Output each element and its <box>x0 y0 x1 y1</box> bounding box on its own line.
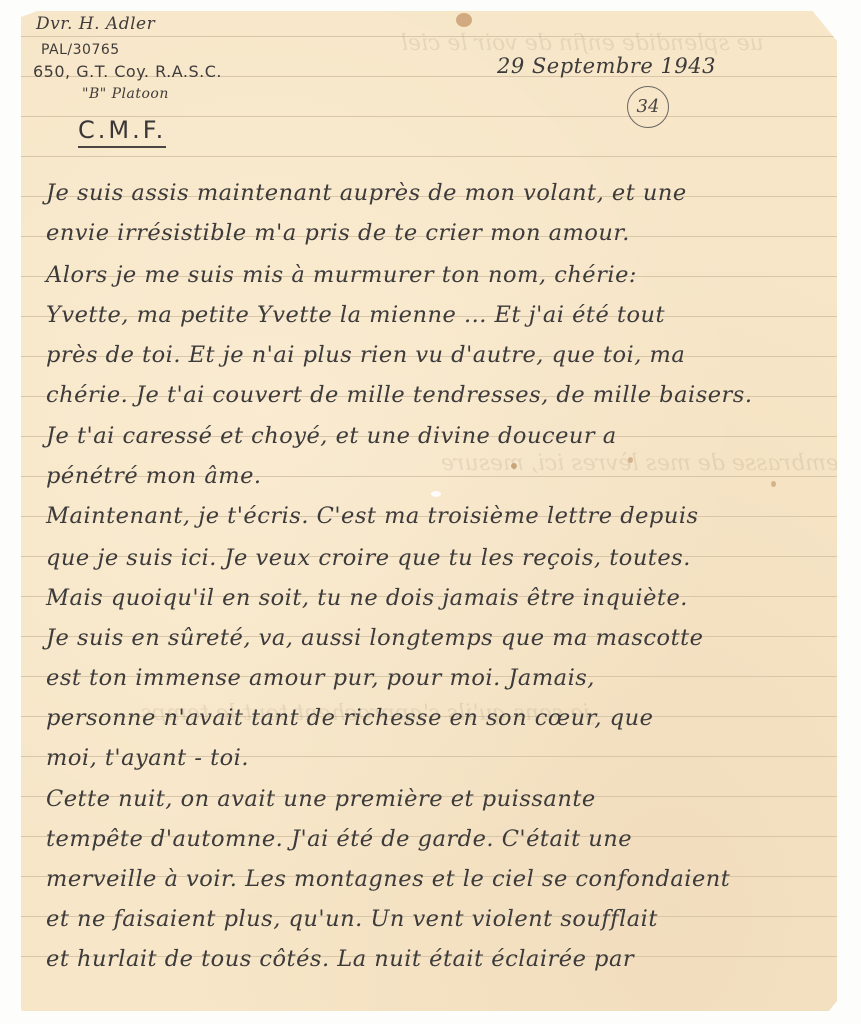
letter-line: Maintenant, je t'écris. C'est ma troisiè… <box>46 503 699 529</box>
letter-line: tempête d'automne. J'ai été de garde. C'… <box>46 826 632 852</box>
letter-line: merveille à voir. Les montagnes et le ci… <box>46 866 730 892</box>
location-cmf: C.M.F. <box>78 116 166 148</box>
letter-line: Mais quoiqu'il en soit, tu ne dois jamai… <box>46 585 688 611</box>
letter-line: Je suis en sûreté, va, aussi longtemps q… <box>46 625 703 651</box>
letter-line: Je t'ai caressé et choyé, et une divine … <box>46 423 617 449</box>
letter-line: que je suis ici. Je veux croire que tu l… <box>46 545 691 571</box>
letter-line: près de toi. Et je n'ai plus rien vu d'a… <box>46 342 685 368</box>
letter-line: est ton immense amour pur, pour moi. Jam… <box>46 665 595 691</box>
rule-line <box>21 156 837 157</box>
reverse-bleed-through: t'embrasse de mes lèvres ici, mesure <box>441 451 854 476</box>
page-number-circle: 34 <box>627 86 669 128</box>
unit: 650, G.T. Coy. R.A.S.C. <box>33 62 222 81</box>
service-number: PAL/30765 <box>41 42 120 58</box>
letter-line: Cette nuit, on avait une première et pui… <box>46 786 596 812</box>
letter-line: chérie. Je t'ai couvert de mille tendres… <box>46 382 753 408</box>
sender-name: Dvr. H. Adler <box>36 14 155 34</box>
stain-spot <box>628 457 633 463</box>
stain-spot <box>771 481 776 487</box>
paper-tear <box>431 491 441 497</box>
reverse-bleed-through: ue splendide enfin de voir le ciel <box>401 31 764 56</box>
letter-line: et hurlait de tous côtés. La nuit était … <box>46 946 634 972</box>
platoon: "B" Platoon <box>82 86 169 102</box>
stain-spot <box>456 13 472 27</box>
stain-spot <box>511 463 517 469</box>
letter-line: pénétré mon âme. <box>46 463 262 489</box>
letter-line: envie irrésistible m'a pris de te crier … <box>46 220 630 246</box>
letter-line: et ne faisaient plus, qu'un. Un vent vio… <box>46 906 658 932</box>
letter-line: Alors je me suis mis à murmurer ton nom,… <box>46 262 637 288</box>
letter-line: personne n'avait tant de richesse en son… <box>46 705 653 731</box>
letter-line: moi, t'ayant - toi. <box>46 745 249 771</box>
letter-line: Je suis assis maintenant auprès de mon v… <box>46 180 687 206</box>
letter-date: 29 Septembre 1943 <box>497 54 716 78</box>
letter-line: Yvette, ma petite Yvette la mienne ... E… <box>46 302 665 328</box>
